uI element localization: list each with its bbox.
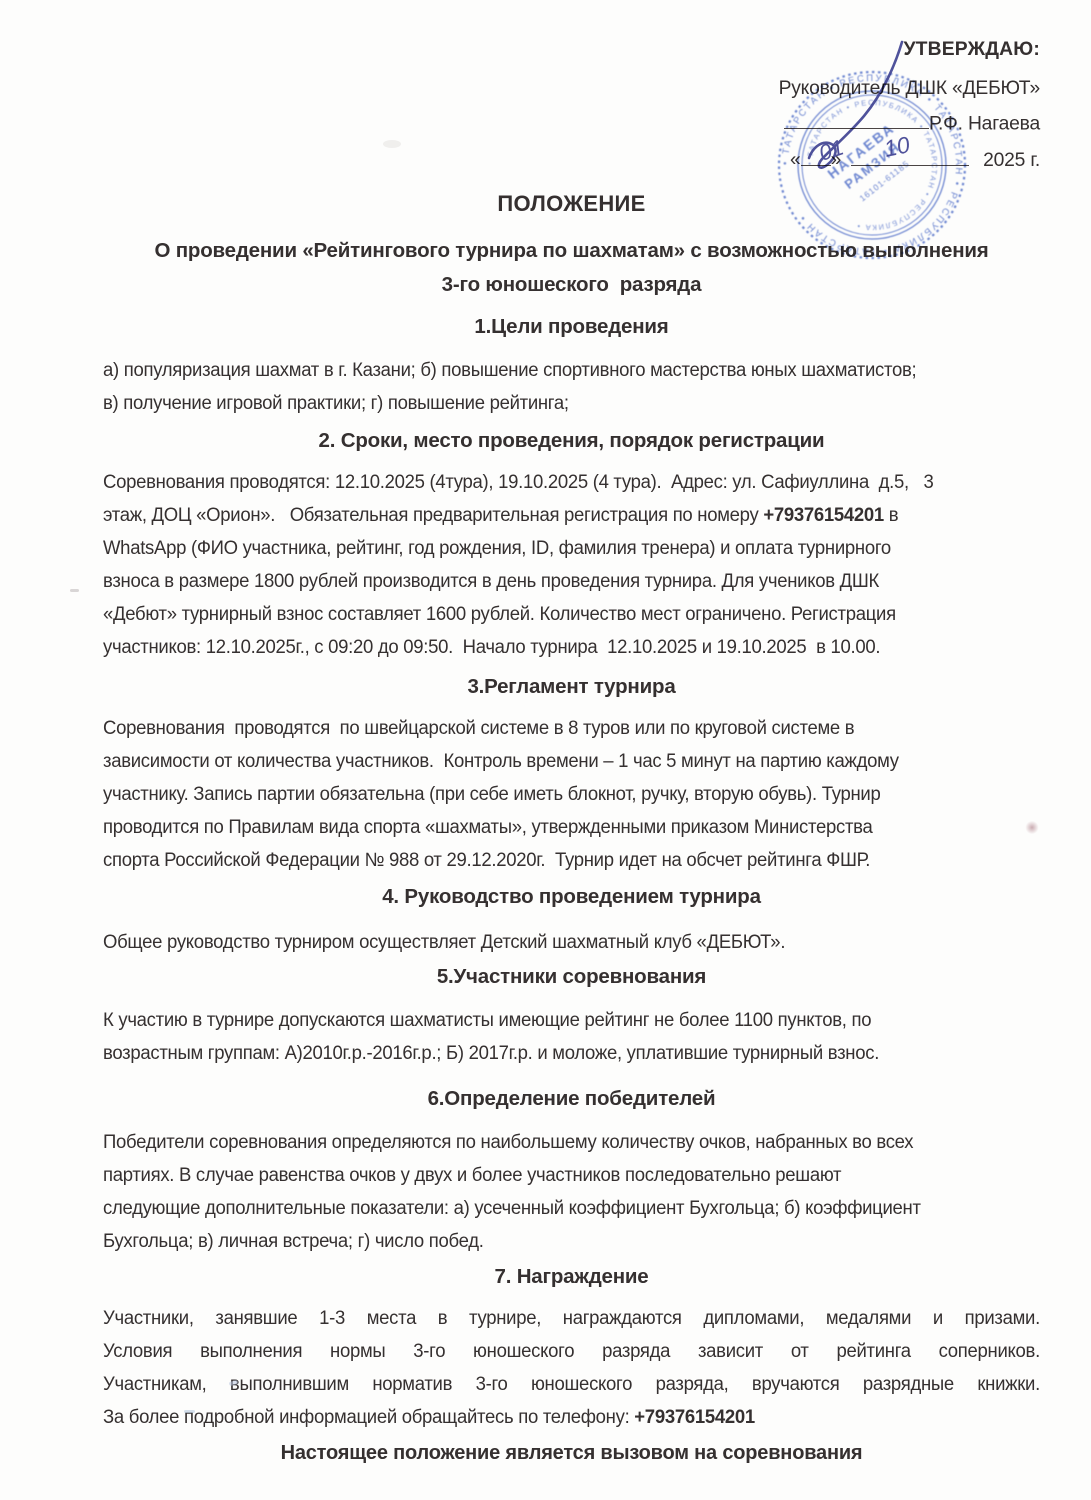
section-heading-2: 2. Сроки, место проведения, порядок реги…	[103, 428, 1040, 454]
text-line: Соревнования проводятся по швейцарской с…	[103, 712, 1040, 745]
approval-label: УТВЕРЖДАЮ:	[103, 38, 1040, 61]
text-line: проводится по Правилам вида спорта «шахм…	[103, 811, 1040, 844]
text-line: К участию в турнире допускаются шахматис…	[103, 1004, 1040, 1037]
scanned-document-page: УТВЕРЖДАЮ: Руководитель ДШК «ДЕБЮТ» Р.Ф.…	[0, 0, 1091, 1500]
text-line: спорта Российской Федерации № 988 от 29.…	[103, 844, 1040, 877]
text-line: в) получение игровой практики; г) повыше…	[103, 387, 1040, 420]
text-line: следующие дополнительные показатели: а) …	[103, 1192, 1040, 1225]
section-heading-1: 1.Цели проведения	[103, 314, 1040, 340]
text-line: возрастным группам: А)2010г.р.-2016г.р.;…	[103, 1037, 1040, 1070]
section-heading-5: 5.Участники соревнования	[103, 964, 1040, 990]
text-span: За более подробной информацией обращайте…	[103, 1407, 634, 1428]
document-content: УТВЕРЖДАЮ: Руководитель ДШК «ДЕБЮТ» Р.Ф.…	[0, 38, 1091, 1466]
text-line: WhatsApp (ФИО участника, рейтинг, год ро…	[103, 532, 1040, 565]
document-title-line-1: О проведении «Рейтингового турнира по ша…	[103, 234, 1040, 268]
text-line: «Дебют» турнирный взнос составляет 1600 …	[103, 598, 1040, 631]
text-line: участнику. Запись партии обязательна (пр…	[103, 778, 1040, 811]
section-body-1: а) популяризация шахмат в г. Казани; б) …	[103, 354, 1040, 420]
section-body-2: Соревнования проводятся: 12.10.2025 (4ту…	[103, 466, 1040, 664]
signature-blank-line	[784, 109, 929, 129]
section-body-5: К участию в турнире допускаются шахматис…	[103, 1004, 1040, 1070]
approval-date-line: «»2025 г.	[103, 145, 1040, 171]
text-line: партиях. В случае равенства очков у двух…	[103, 1159, 1040, 1192]
date-year-label: 2025 г.	[969, 150, 1040, 171]
text-line: Участники, занявшие 1-3 места в турнире,…	[103, 1302, 1040, 1335]
section-body-4: Общее руководство турниром осуществляет …	[103, 926, 1040, 959]
approval-signature-line: Р.Ф. Нагаева	[103, 109, 1040, 135]
phone-number: +79376154201	[634, 1407, 755, 1428]
section-body-6: Победители соревнования определяются по …	[103, 1126, 1040, 1258]
section-heading-7: 7. Награждение	[103, 1264, 1040, 1290]
document-type-title: ПОЛОЖЕНИЕ	[103, 191, 1040, 217]
text-span: в	[884, 505, 898, 526]
date-quote-close: »	[831, 150, 842, 171]
text-line: а) популяризация шахмат в г. Казани; б) …	[103, 354, 1040, 387]
section-heading-6: 6.Определение победителей	[103, 1086, 1040, 1112]
approval-block: УТВЕРЖДАЮ: Руководитель ДШК «ДЕБЮТ» Р.Ф.…	[103, 38, 1040, 172]
text-line: зависимости от количества участников. Ко…	[103, 745, 1040, 778]
text-line: Бухгольца; в) личная встреча; г) число п…	[103, 1225, 1040, 1258]
text-line: Участникам, выполнившим норматив 3-го юн…	[103, 1368, 1040, 1401]
text-line: взноса в размере 1800 рублей производитс…	[103, 565, 1040, 598]
approval-role-line: Руководитель ДШК «ДЕБЮТ»	[103, 77, 1040, 100]
text-span: этаж, ДОЦ «Орион». Обязательная предвари…	[103, 505, 763, 526]
text-line: Победители соревнования определяются по …	[103, 1126, 1040, 1159]
section-heading-4: 4. Руководство проведением турнира	[103, 884, 1040, 910]
approver-name: Р.Ф. Нагаева	[929, 113, 1040, 134]
phone-number: +79376154201	[763, 505, 884, 526]
section-body-3: Соревнования проводятся по швейцарской с…	[103, 712, 1040, 877]
document-title-line-2: 3-го юношеского разряда	[103, 268, 1040, 302]
text-line: Общее руководство турниром осуществляет …	[103, 926, 1040, 959]
section-heading-3: 3.Регламент турнира	[103, 674, 1040, 700]
text-line: За более подробной информацией обращайте…	[103, 1401, 1040, 1434]
section-body-7: Участники, занявшие 1-3 места в турнире,…	[103, 1302, 1040, 1434]
text-line: Условия выполнения нормы 3-го юношеского…	[103, 1335, 1040, 1368]
closing-statement: Настоящее положение является вызовом на …	[103, 1440, 1040, 1466]
date-quote-open: «	[790, 150, 801, 171]
date-month-blank	[851, 145, 969, 165]
text-line: участников: 12.10.2025г., с 09:20 до 09:…	[103, 631, 1040, 664]
text-line: этаж, ДОЦ «Орион». Обязательная предвари…	[103, 499, 1040, 532]
date-day-blank	[801, 145, 831, 165]
text-line: Соревнования проводятся: 12.10.2025 (4ту…	[103, 466, 1040, 499]
